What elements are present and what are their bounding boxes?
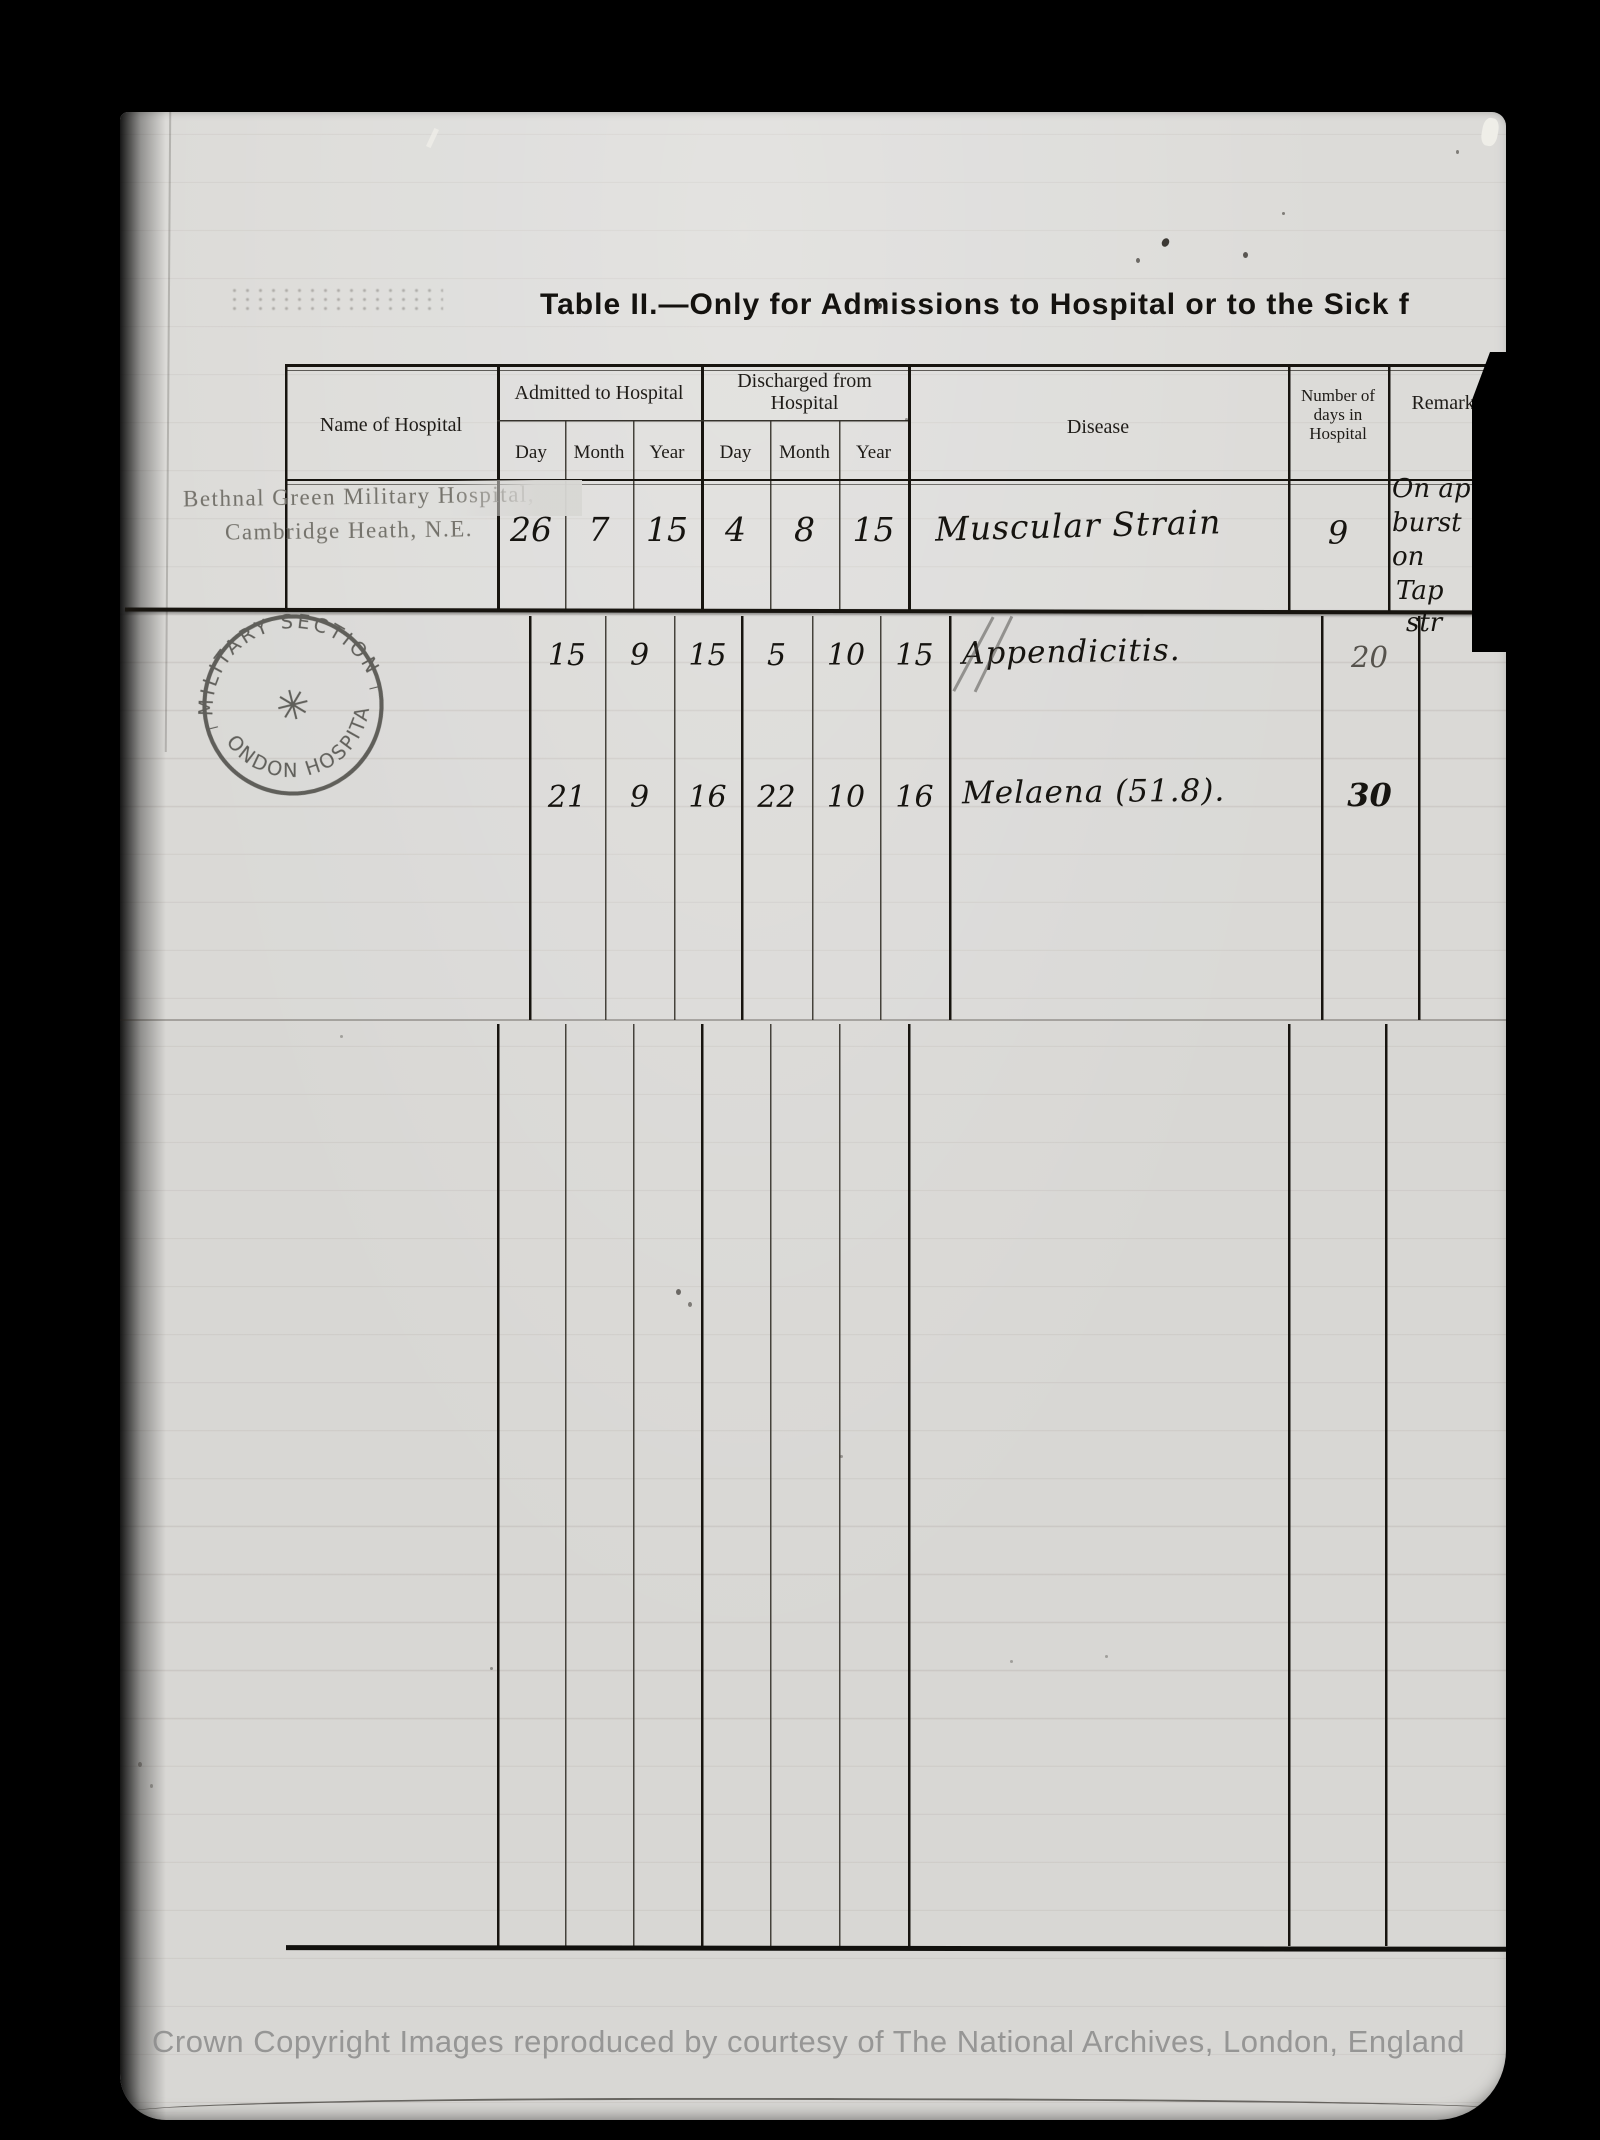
ink-speck	[840, 1455, 843, 1458]
column-header-admitted: Admitted to Hospital	[497, 382, 701, 404]
row2-days-in-hospital: 20	[1321, 640, 1418, 674]
copyright-watermark: Crown Copyright Images reproduced by cou…	[152, 2024, 1506, 2060]
page-title: Table II.—Only for Admissions to Hospita…	[540, 288, 1506, 322]
row3-discharged-month: 10	[812, 780, 880, 815]
row2-admitted-day: 15	[529, 638, 605, 673]
page-bottom-edge	[126, 2097, 1504, 2115]
row2-discharged-month: 10	[812, 638, 880, 673]
column-header-disease: Disease	[908, 416, 1288, 438]
row2-discharged-year: 15	[880, 638, 949, 673]
table-grid-middle	[529, 616, 1421, 1020]
ink-speck	[905, 418, 908, 421]
row3-admitted-month: 9	[605, 780, 674, 815]
page-title-text: Table II.—Only for Admissions to Hospita…	[540, 288, 1389, 321]
ink-speck	[1282, 212, 1285, 215]
ink-speck	[340, 1035, 343, 1038]
row3-admitted-day: 21	[529, 780, 605, 815]
ink-speck	[1456, 150, 1459, 154]
row2-admitted-year: 15	[674, 638, 741, 673]
column-header-year-admitted: Year	[633, 442, 701, 463]
pencil-mark	[150, 1784, 153, 1788]
column-header-days-in-hospital: Number of days in Hospital	[1288, 386, 1388, 443]
ink-speck	[1010, 1660, 1013, 1663]
row1-remarks-line: On ap	[1392, 474, 1470, 504]
row1-days-in-hospital: 9	[1288, 514, 1388, 552]
row2-discharged-day: 5	[741, 638, 812, 673]
photo-background: Table II.—Only for Admissions to Hospita…	[0, 0, 1600, 2140]
column-header-month-discharged: Month	[770, 442, 839, 463]
stamp-left-dash: –	[202, 712, 221, 739]
document-page: Table II.—Only for Admissions to Hospita…	[120, 112, 1506, 2120]
row3-discharged-day: 22	[741, 780, 812, 815]
row1-remarks-line: on	[1392, 542, 1424, 572]
column-header-name-of-hospital: Name of Hospital	[285, 414, 497, 436]
column-header-day-discharged: Day	[701, 442, 770, 463]
stamp-star-icon: ✳	[271, 679, 316, 732]
pencil-mark	[138, 1762, 142, 1767]
row3-days-in-hospital: 30	[1321, 776, 1418, 814]
table-bottom-border	[286, 1945, 1506, 1952]
ink-speck	[877, 303, 882, 309]
column-header-discharged: Discharged from Hospital	[701, 370, 908, 415]
ink-speck	[1105, 1655, 1108, 1658]
column-header-day-admitted: Day	[497, 442, 565, 463]
row1-remarks-line: burst	[1392, 508, 1462, 538]
ink-speck	[1243, 252, 1248, 258]
row1-disease: Muscular Strain	[935, 502, 1222, 548]
page-gutter-shadow	[120, 112, 166, 2120]
row3-admitted-year: 16	[674, 780, 741, 815]
ink-speck	[688, 1302, 692, 1307]
table-grid-bottom	[497, 1024, 1388, 1946]
paper-section-seam	[120, 1019, 1506, 1021]
row1-discharged-day: 4	[701, 510, 770, 549]
column-header-month-admitted: Month	[565, 442, 633, 463]
hospital-name-stamp-line2: Cambridge Heath, N.E.	[225, 516, 473, 545]
row2-admitted-month: 9	[605, 638, 674, 673]
row3-discharged-year: 16	[880, 780, 949, 815]
row3-disease: Melaena (51.8).	[962, 773, 1226, 812]
photo-edge-cutoff	[1472, 352, 1506, 652]
row1-admitted-year: 15	[633, 510, 701, 549]
page-title-cut-fragment: f	[1399, 288, 1410, 321]
faded-stamp-smudge	[228, 286, 443, 314]
row1-remarks-line: Tap	[1396, 576, 1443, 606]
ink-speck	[490, 1667, 493, 1670]
ink-speck	[676, 1289, 681, 1295]
column-header-year-discharged: Year	[839, 442, 908, 463]
row1-discharged-month: 8	[770, 510, 839, 549]
row1-discharged-year: 15	[839, 510, 908, 549]
ink-speck	[1136, 258, 1140, 263]
row1-admitted-month: 7	[565, 510, 633, 549]
row1-admitted-day: 26	[497, 510, 565, 549]
